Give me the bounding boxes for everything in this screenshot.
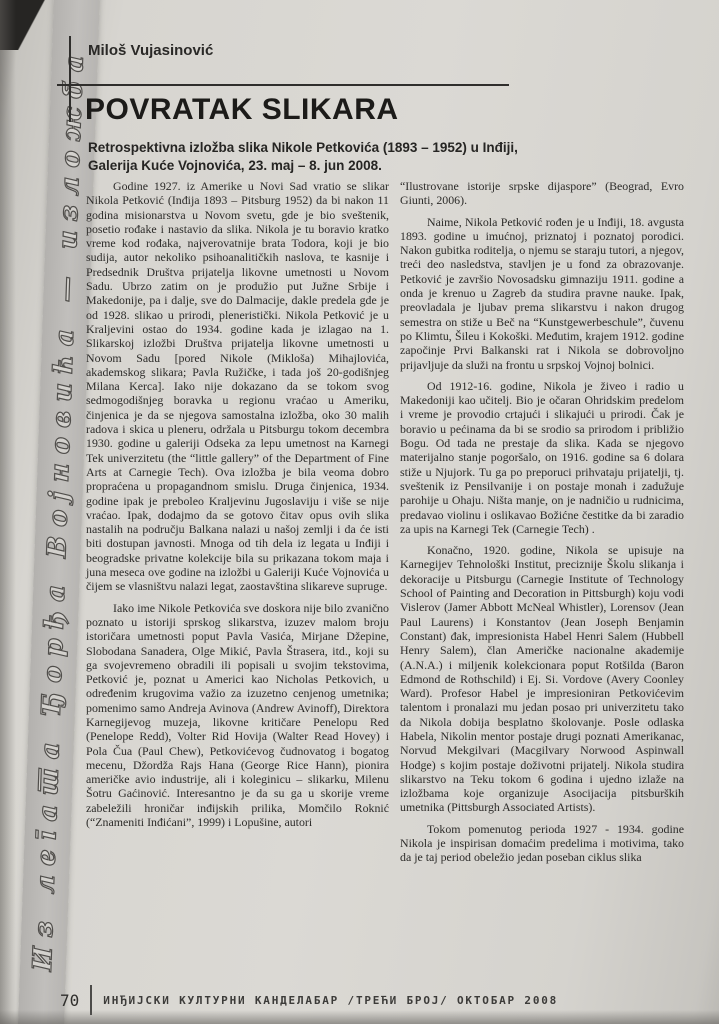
paragraph: “Ilustrovane istorije srpske dijaspore” … [400,179,684,208]
scanned-magazine-page: Из легата Ђорђа Војновића — изложба Milo… [0,0,719,1024]
scan-left-edge [0,0,16,1024]
author-byline: Miloš Vujasinović [88,42,213,59]
journal-title-line: ИНЂИЈСКИ КУЛТУРНИ КАНДЕЛАБАР /ТРЕЋИ БРОЈ… [103,994,558,1007]
paragraph: Godine 1927. iz Amerike u Novi Sad vrati… [86,179,389,594]
page-number: 70 [60,991,79,1010]
column-left: Godine 1927. iz Amerike u Novi Sad vrati… [86,179,389,865]
paragraph: Konačno, 1920. godine, Nikola se upisuje… [400,543,684,815]
article-title: POVRATAK SLIKARA [85,93,399,127]
ribbon-vertical-title: Из легата Ђорђа Војновића — изложба [28,46,90,972]
paragraph: Naime, Nikola Petković rođen je u Inđiji… [400,215,684,372]
article-body: Godine 1927. iz Amerike u Novi Sad vrati… [86,179,684,865]
header-rule-vertical [69,36,71,122]
article-subtitle: Retrospektivna izložba slika Nikole Petk… [88,139,648,175]
paragraph: Tokom pomenutog perioda 1927 - 1934. god… [400,822,684,865]
paragraph: Od 1912-16. godine, Nikola je živeo i ra… [400,379,684,536]
header-rule-horizontal [57,84,509,86]
scan-bottom-edge [0,1010,719,1024]
column-right: “Ilustrovane istorije srpske dijaspore” … [400,179,684,865]
paragraph: Iako ime Nikole Petkovića sve doskora ni… [86,601,389,830]
